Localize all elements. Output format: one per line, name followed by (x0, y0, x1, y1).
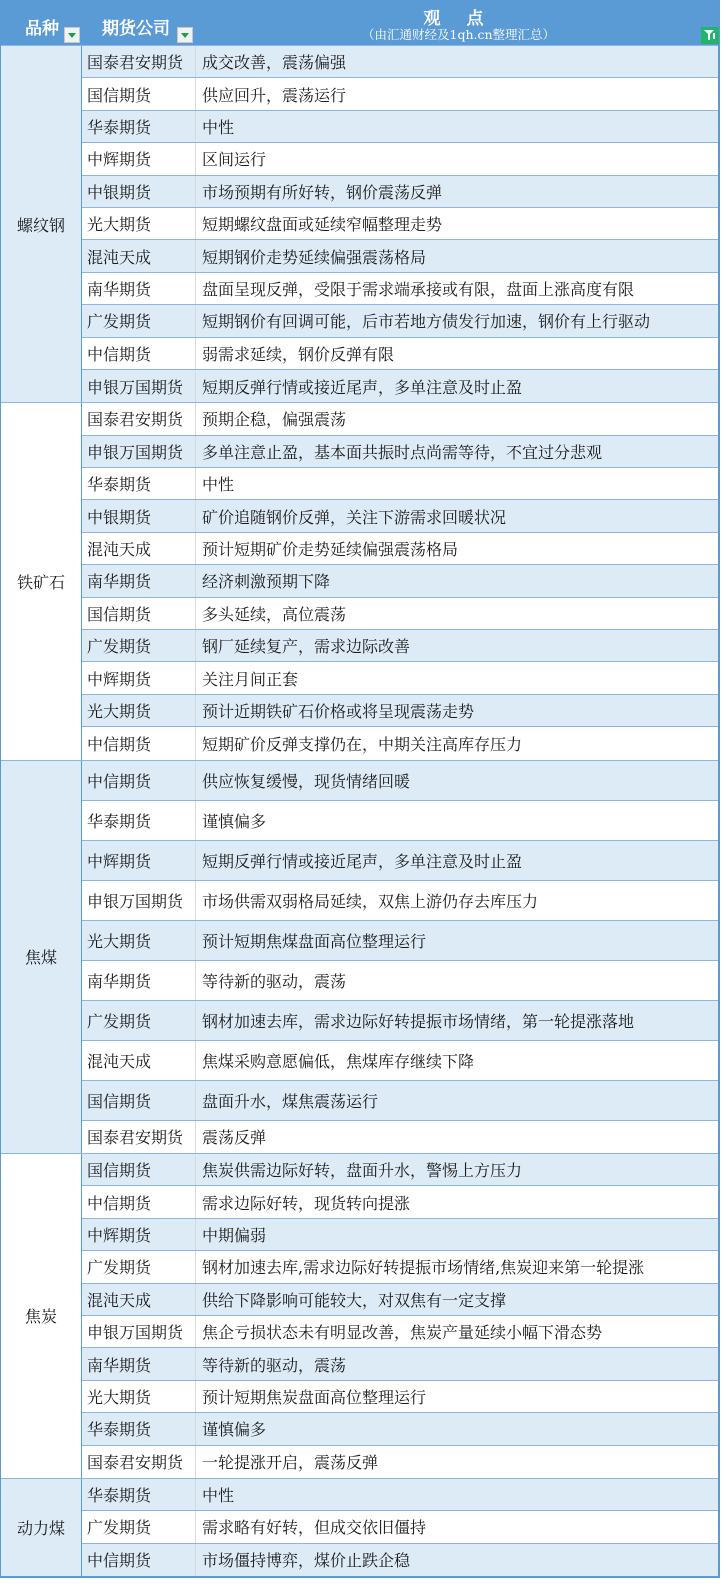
table-row: 混沌天成焦煤采购意愿偏低，焦煤库存继续下降 (82, 1041, 718, 1081)
company-cell[interactable]: 广发期货 (82, 1511, 196, 1542)
table-row: 申银万国期货短期反弹行情或接近尾声，多单注意及时止盈 (82, 370, 718, 402)
company-cell[interactable]: 华泰期货 (82, 111, 196, 142)
table-row: 南华期货盘面呈现反弹，受限于需求端承接或有限，盘面上涨高度有限 (82, 273, 718, 305)
view-cell[interactable]: 等待新的驱动，震荡 (196, 961, 718, 1000)
company-cell[interactable]: 混沌天成 (82, 1284, 196, 1315)
table-row: 广发期货钢厂延续复产，需求边际改善 (82, 630, 718, 662)
view-cell[interactable]: 等待新的驱动，震荡 (196, 1348, 718, 1379)
view-cell[interactable]: 焦煤采购意愿偏低，焦煤库存继续下降 (196, 1041, 718, 1080)
company-cell[interactable]: 广发期货 (82, 1001, 196, 1040)
company-cell[interactable]: 光大期货 (82, 1381, 196, 1412)
company-cell[interactable]: 华泰期货 (82, 468, 196, 499)
table-row: 光大期货预计短期焦煤盘面高位整理运行 (82, 921, 718, 961)
company-cell[interactable]: 国泰君安期货 (82, 1446, 196, 1478)
category-filter-dropdown-icon[interactable] (64, 27, 80, 43)
company-cell[interactable]: 申银万国期货 (82, 436, 196, 467)
category-rows: 国泰君安期货成交改善，震荡偏强国信期货供应回升，震荡运行华泰期货中性中辉期货区间… (82, 46, 718, 402)
table-row: 光大期货预计近期铁矿石价格或将呈现震荡走势 (82, 695, 718, 727)
view-cell[interactable]: 市场僵持博弈，煤价止跌企稳 (196, 1544, 718, 1576)
table-row: 国信期货盘面升水，煤焦震荡运行 (82, 1081, 718, 1121)
table-body: 螺纹钢国泰君安期货成交改善，震荡偏强国信期货供应回升，震荡运行华泰期货中性中辉期… (1, 46, 718, 1576)
category-group: 铁矿石国泰君安期货预期企稳，偏强震荡申银万国期货多单注意止盈，基本面共振时点尚需… (1, 403, 718, 760)
table-row: 国泰君安期货成交改善，震荡偏强 (82, 46, 718, 78)
table-row: 南华期货等待新的驱动，震荡 (82, 961, 718, 1001)
company-cell[interactable]: 广发期货 (82, 305, 196, 336)
view-cell[interactable]: 钢厂延续复产，需求边际改善 (196, 630, 718, 661)
company-cell[interactable]: 中信期货 (82, 1186, 196, 1217)
table-row: 混沌天成短期钢价走势延续偏强震荡格局 (82, 240, 718, 272)
category-rows: 国泰君安期货预期企稳，偏强震荡申银万国期货多单注意止盈，基本面共振时点尚需等待，… (82, 403, 718, 759)
table-header: 品种 期货公司 观 点 （由汇通财经及1qh.cn整理汇总） (1, 0, 718, 46)
view-cell[interactable]: 钢材加速去库，需求边际好转提振市场情绪，第一轮提涨落地 (196, 1001, 718, 1040)
company-cell[interactable]: 广发期货 (82, 1251, 196, 1282)
view-cell[interactable]: 短期钢价有回调可能，后市若地方债发行加速，钢价有上行驱动 (196, 305, 718, 336)
company-cell[interactable]: 广发期货 (82, 630, 196, 661)
company-cell[interactable]: 中辉期货 (82, 841, 196, 880)
view-cell[interactable]: 预期企稳，偏强震荡 (196, 403, 718, 434)
category-group: 焦煤中信期货供应恢复缓慢，现货情绪回暖华泰期货谨慎偏多中辉期货短期反弹行情或接近… (1, 761, 718, 1154)
company-cell[interactable]: 中银期货 (82, 176, 196, 207)
category-cell[interactable]: 动力煤 (1, 1479, 82, 1576)
active-filter-icon[interactable] (701, 27, 719, 44)
view-cell[interactable]: 短期螺纹盘面或延续窄幅整理走势 (196, 208, 718, 239)
table-row: 华泰期货中性 (82, 468, 718, 500)
futures-views-table: 品种 期货公司 观 点 （由汇通财经及1qh.cn整理汇总） 螺纹钢国泰君安期货… (0, 0, 720, 1578)
view-cell[interactable]: 多头延续，高位震荡 (196, 598, 718, 629)
view-cell[interactable]: 震荡反弹 (196, 1121, 718, 1153)
table-row: 国信期货焦炭供需边际好转，盘面升水，警惕上方压力 (82, 1154, 718, 1186)
table-row: 混沌天成预计短期矿价走势延续偏强震荡格局 (82, 533, 718, 565)
table-row: 南华期货等待新的驱动，震荡 (82, 1348, 718, 1380)
view-cell[interactable]: 盘面升水，煤焦震荡运行 (196, 1081, 718, 1120)
view-cell[interactable]: 需求略有好转，但成交依旧僵持 (196, 1511, 718, 1542)
category-cell[interactable]: 焦煤 (1, 761, 82, 1153)
table-row: 华泰期货中性 (82, 1479, 718, 1511)
view-cell[interactable]: 焦炭供需边际好转，盘面升水，警惕上方压力 (196, 1154, 718, 1185)
table-row: 中信期货需求边际好转，现货转向提涨 (82, 1186, 718, 1218)
table-row: 国泰君安期货预期企稳，偏强震荡 (82, 403, 718, 435)
view-cell[interactable]: 短期矿价反弹支撑仍在，中期关注高库存压力 (196, 727, 718, 759)
company-cell[interactable]: 国信期货 (82, 1081, 196, 1120)
header-view: 观 点 （由汇通财经及1qh.cn整理汇总） (196, 0, 721, 45)
company-cell[interactable]: 中信期货 (82, 338, 196, 369)
company-cell[interactable]: 国泰君安期货 (82, 1121, 196, 1153)
company-cell[interactable]: 华泰期货 (82, 1413, 196, 1444)
company-cell[interactable]: 中信期货 (82, 727, 196, 759)
company-cell[interactable]: 中银期货 (82, 500, 196, 531)
table-row: 申银万国期货焦企亏损状态未有明显改善，焦炭产量延续小幅下滑态势 (82, 1316, 718, 1348)
company-cell[interactable]: 华泰期货 (82, 801, 196, 840)
table-row: 南华期货经济刺激预期下降 (82, 565, 718, 597)
category-rows: 华泰期货中性广发期货需求略有好转，但成交依旧僵持中信期货市场僵持博弈，煤价止跌企… (82, 1479, 718, 1576)
company-cell[interactable]: 光大期货 (82, 921, 196, 960)
company-cell[interactable]: 申银万国期货 (82, 1316, 196, 1347)
table-row: 华泰期货谨慎偏多 (82, 1413, 718, 1445)
company-cell[interactable]: 国信期货 (82, 1154, 196, 1185)
company-cell[interactable]: 南华期货 (82, 961, 196, 1000)
company-cell[interactable]: 中辉期货 (82, 662, 196, 693)
company-cell[interactable]: 中辉期货 (82, 1219, 196, 1250)
table-row: 光大期货短期螺纹盘面或延续窄幅整理走势 (82, 208, 718, 240)
table-row: 光大期货预计短期焦炭盘面高位整理运行 (82, 1381, 718, 1413)
view-cell[interactable]: 盘面呈现反弹，受限于需求端承接或有限，盘面上涨高度有限 (196, 273, 718, 304)
view-cell[interactable]: 供给下降影响可能较大，对双焦有一定支撑 (196, 1284, 718, 1315)
company-cell[interactable]: 光大期货 (82, 208, 196, 239)
company-cell[interactable]: 国泰君安期货 (82, 46, 196, 77)
view-cell[interactable]: 中性 (196, 1479, 718, 1510)
company-cell[interactable]: 混沌天成 (82, 240, 196, 271)
table-row: 中信期货市场僵持博弈，煤价止跌企稳 (82, 1544, 718, 1576)
view-cell[interactable]: 预计短期焦炭盘面高位整理运行 (196, 1381, 718, 1412)
view-cell[interactable]: 需求边际好转，现货转向提涨 (196, 1186, 718, 1217)
category-rows: 中信期货供应恢复缓慢，现货情绪回暖华泰期货谨慎偏多中辉期货短期反弹行情或接近尾声… (82, 761, 718, 1153)
category-cell[interactable]: 焦炭 (1, 1154, 82, 1478)
table-row: 中信期货短期矿价反弹支撑仍在，中期关注高库存压力 (82, 727, 718, 759)
table-row: 广发期货需求略有好转，但成交依旧僵持 (82, 1511, 718, 1543)
company-cell[interactable]: 南华期货 (82, 273, 196, 304)
category-group: 动力煤华泰期货中性广发期货需求略有好转，但成交依旧僵持中信期货市场僵持博弈，煤价… (1, 1479, 718, 1576)
table-row: 中银期货市场预期有所好转，钢价震荡反弹 (82, 176, 718, 208)
table-row: 中辉期货关注月间正套 (82, 662, 718, 694)
company-cell[interactable]: 南华期货 (82, 565, 196, 596)
table-row: 广发期货短期钢价有回调可能，后市若地方债发行加速，钢价有上行驱动 (82, 305, 718, 337)
table-row: 申银万国期货多单注意止盈，基本面共振时点尚需等待，不宜过分悲观 (82, 436, 718, 468)
company-cell[interactable]: 中信期货 (82, 761, 196, 800)
table-row: 混沌天成供给下降影响可能较大，对双焦有一定支撑 (82, 1284, 718, 1316)
view-cell[interactable]: 预计短期矿价走势延续偏强震荡格局 (196, 533, 718, 564)
view-cell[interactable]: 市场供需双弱格局延续，双焦上游仍存去库压力 (196, 881, 718, 920)
table-row: 国泰君安期货一轮提涨开启，震荡反弹 (82, 1446, 718, 1478)
table-row: 华泰期货中性 (82, 111, 718, 143)
table-row: 华泰期货谨慎偏多 (82, 801, 718, 841)
view-cell[interactable]: 一轮提涨开启，震荡反弹 (196, 1446, 718, 1478)
table-row: 中辉期货短期反弹行情或接近尾声，多单注意及时止盈 (82, 841, 718, 881)
view-cell[interactable]: 焦企亏损状态未有明显改善，焦炭产量延续小幅下滑态势 (196, 1316, 718, 1347)
company-cell[interactable]: 南华期货 (82, 1348, 196, 1379)
view-cell[interactable]: 中性 (196, 468, 718, 499)
view-cell[interactable]: 谨慎偏多 (196, 1413, 718, 1444)
view-cell[interactable]: 中性 (196, 111, 718, 142)
table-row: 申银万国期货市场供需双弱格局延续，双焦上游仍存去库压力 (82, 881, 718, 921)
table-row: 广发期货钢材加速去库,需求边际好转提振市场情绪,焦炭迎来第一轮提涨 (82, 1251, 718, 1283)
category-rows: 国信期货焦炭供需边际好转，盘面升水，警惕上方压力中信期货需求边际好转，现货转向提… (82, 1154, 718, 1478)
view-cell[interactable]: 弱需求延续，钢价反弹有限 (196, 338, 718, 369)
view-cell[interactable]: 供应恢复缓慢，现货情绪回暖 (196, 761, 718, 800)
table-row: 中辉期货中期偏弱 (82, 1219, 718, 1251)
table-row: 广发期货钢材加速去库，需求边际好转提振市场情绪，第一轮提涨落地 (82, 1001, 718, 1041)
company-cell[interactable]: 混沌天成 (82, 1041, 196, 1080)
table-row: 国泰君安期货震荡反弹 (82, 1121, 718, 1153)
company-cell[interactable]: 光大期货 (82, 695, 196, 726)
table-row: 国信期货多头延续，高位震荡 (82, 598, 718, 630)
table-row: 国信期货供应回升，震荡运行 (82, 78, 718, 110)
category-cell[interactable]: 铁矿石 (1, 403, 82, 759)
header-company-label: 期货公司 (102, 14, 170, 39)
view-cell[interactable]: 多单注意止盈，基本面共振时点尚需等待，不宜过分悲观 (196, 436, 718, 467)
company-filter-dropdown-icon[interactable] (177, 27, 193, 43)
table-row: 中信期货供应恢复缓慢，现货情绪回暖 (82, 761, 718, 801)
header-category: 品种 (1, 0, 82, 45)
view-cell[interactable]: 供应回升，震荡运行 (196, 78, 718, 109)
table-row: 中银期货矿价追随钢价反弹，关注下游需求回暖状况 (82, 500, 718, 532)
view-cell[interactable]: 矿价追随钢价反弹，关注下游需求回暖状况 (196, 500, 718, 531)
category-cell[interactable]: 螺纹钢 (1, 46, 82, 402)
company-cell[interactable]: 国信期货 (82, 78, 196, 109)
company-cell[interactable]: 国信期货 (82, 598, 196, 629)
company-cell[interactable]: 中信期货 (82, 1544, 196, 1576)
company-cell[interactable]: 申银万国期货 (82, 881, 196, 920)
view-cell[interactable]: 预计近期铁矿石价格或将呈现震荡走势 (196, 695, 718, 726)
view-cell[interactable]: 区间运行 (196, 143, 718, 174)
company-cell[interactable]: 国泰君安期货 (82, 403, 196, 434)
view-cell[interactable]: 市场预期有所好转，钢价震荡反弹 (196, 176, 718, 207)
view-cell[interactable]: 短期反弹行情或接近尾声，多单注意及时止盈 (196, 370, 718, 402)
view-cell[interactable]: 经济刺激预期下降 (196, 565, 718, 596)
view-cell[interactable]: 短期反弹行情或接近尾声，多单注意及时止盈 (196, 841, 718, 880)
header-category-label: 品种 (25, 14, 59, 39)
category-group: 螺纹钢国泰君安期货成交改善，震荡偏强国信期货供应回升，震荡运行华泰期货中性中辉期… (1, 46, 718, 403)
view-cell[interactable]: 短期钢价走势延续偏强震荡格局 (196, 240, 718, 271)
company-cell[interactable]: 华泰期货 (82, 1479, 196, 1510)
view-cell[interactable]: 成交改善，震荡偏强 (196, 46, 718, 77)
view-cell[interactable]: 中期偏弱 (196, 1219, 718, 1250)
header-company: 期货公司 (82, 0, 196, 45)
company-cell[interactable]: 中辉期货 (82, 143, 196, 174)
table-row: 中辉期货区间运行 (82, 143, 718, 175)
view-cell[interactable]: 关注月间正套 (196, 662, 718, 693)
view-cell[interactable]: 谨慎偏多 (196, 801, 718, 840)
company-cell[interactable]: 混沌天成 (82, 533, 196, 564)
view-cell[interactable]: 预计短期焦煤盘面高位整理运行 (196, 921, 718, 960)
header-view-subtitle: （由汇通财经及1qh.cn整理汇总） (196, 25, 721, 43)
view-cell[interactable]: 钢材加速去库,需求边际好转提振市场情绪,焦炭迎来第一轮提涨 (196, 1251, 718, 1282)
category-group: 焦炭国信期货焦炭供需边际好转，盘面升水，警惕上方压力中信期货需求边际好转，现货转… (1, 1154, 718, 1479)
table-row: 中信期货弱需求延续，钢价反弹有限 (82, 338, 718, 370)
company-cell[interactable]: 申银万国期货 (82, 370, 196, 402)
